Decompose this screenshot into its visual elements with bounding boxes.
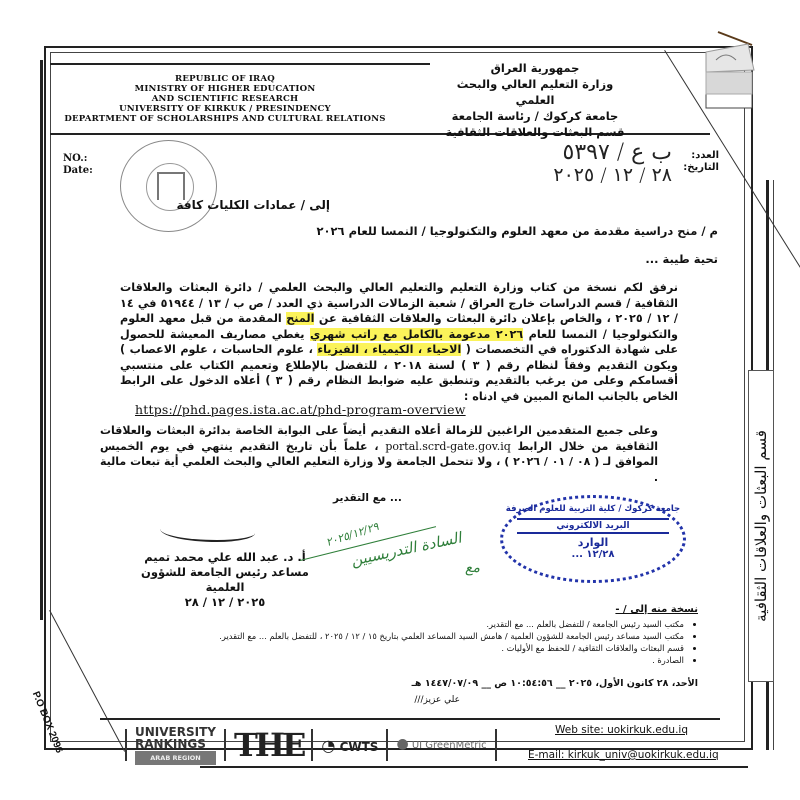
- greenmetric-logo: ● UI GreenMetric: [396, 739, 486, 751]
- cwts-label: CWTS: [340, 740, 379, 754]
- letterhead-line: REPUBLIC OF IRAQ: [60, 74, 390, 84]
- signature-block: أ. د. عبد الله علي محمد تميم مساعد رئيس …: [130, 550, 320, 610]
- program-link[interactable]: https://phd.pages.ista.ac.at/phd-program…: [135, 402, 466, 417]
- number-label: NO.:: [63, 153, 93, 165]
- letter-body-second: وعلى جميع المتقدمين الراغبين للزمالة أعل…: [100, 423, 658, 485]
- qs-line1: UNIVERSITY: [135, 726, 216, 738]
- footer-website[interactable]: Web site: uokirkuk.edu.iq: [555, 724, 688, 736]
- handwritten-initial: مع: [465, 560, 480, 576]
- university-emblem-icon: [700, 10, 760, 110]
- logo-separator: [495, 729, 497, 761]
- copy-to-item: مكتب السيد رئيس الجامعة / للتفضل بالعلم …: [219, 618, 684, 630]
- arabic-letterhead: جمهورية العراق وزارة التعليم العالي والب…: [445, 60, 625, 140]
- side-department-label: قسم البعثات والعلاقات الثقافية: [748, 370, 774, 682]
- logo-separator: [311, 729, 313, 761]
- copy-to-item: الصادرة .: [219, 654, 684, 666]
- issue-timestamp: الأحد، ٢٨ كانون الأول، ٢٠٢٥ __ ١٠:٥٤:٥٦ …: [412, 678, 698, 689]
- highlighted-text: الاحياء ، الكيمياء ، الفيزياء: [317, 343, 461, 356]
- signature-date: ٢٠٢٥ / ١٢ / ٢٨: [130, 595, 320, 610]
- letterhead-line: MINISTRY OF HIGHER EDUCATION: [60, 84, 390, 94]
- qs-region: ARAB REGION: [135, 751, 216, 765]
- reference-labels-en: NO.: Date:: [63, 153, 93, 177]
- copy-to-item: مكتب السيد مساعد رئيس الجامعة للشؤون الع…: [219, 630, 684, 642]
- reference-number: ب ع / ٥٣٩٧: [563, 140, 673, 165]
- footer-rule-top: [100, 718, 720, 720]
- side-label-text: قسم البعثات والعلاقات الثقافية: [752, 430, 770, 622]
- iraq-emblem-icon: [157, 172, 185, 200]
- regards: ... مع التقدير: [333, 492, 402, 504]
- copy-to-title: نسخة منه إلى / -: [615, 604, 698, 615]
- logo-separator: [386, 729, 388, 761]
- reference-date: ٢٨ / ١٢ / ٢٠٢٥: [553, 164, 672, 186]
- closing-initials: علي عزيز///: [414, 695, 460, 705]
- letterhead-line: AND SCIENTIFIC RESEARCH: [60, 94, 390, 104]
- cwts-ring-icon: ◔: [321, 736, 335, 755]
- subject: م / منح دراسية مقدمة من معهد العلوم والت…: [317, 224, 719, 238]
- cwts-logo: ◔ CWTS: [321, 736, 378, 755]
- letterhead-line: UNIVERSITY OF KIRKUK / PRESINDENCY: [60, 104, 390, 114]
- highlighted-text: ٢٠٢٦ مدعومة بالكامل مع راتب شهري: [310, 328, 523, 341]
- footer-email[interactable]: E-mail: kirkuk_univ@uokirkuk.edu.iq: [528, 749, 719, 761]
- stamp-status: الوارد: [503, 536, 683, 549]
- globe-icon: ●: [396, 736, 408, 752]
- highlighted-text: المنح: [286, 312, 314, 325]
- left-border-bars: [40, 60, 47, 620]
- copy-to-item: قسم البعثات والعلاقات الثقافية / للحفظ م…: [219, 642, 684, 654]
- greeting: تحية طيبة ...: [645, 252, 718, 266]
- signatory-title: مساعد رئيس الجامعة للشؤون العلمية: [130, 565, 320, 595]
- greenmetric-label: UI GreenMetric: [412, 740, 487, 751]
- recipient: إلى / عمادات الكليات كافة: [176, 198, 330, 212]
- date-label-ar: التاريخ:: [683, 162, 719, 174]
- logo-separator: [125, 729, 127, 761]
- stamp-ring-text: جامعة كركوك / كلية التربية للعلوم الصرفة: [503, 504, 683, 514]
- letterhead-line: قسم البعثات والعلاقات الثقافية: [445, 124, 625, 140]
- signatory-name: أ. د. عبد الله علي محمد تميم: [130, 550, 320, 565]
- header-rule-top: [50, 63, 430, 65]
- date-label: Date:: [63, 165, 93, 177]
- letterhead-line: جامعة كركوك / رئاسة الجامعة: [445, 108, 625, 124]
- letter-body: نرفق لكم نسخة من كتاب وزارة التعليم والت…: [120, 280, 678, 404]
- footer-rule-bottom: [200, 766, 748, 768]
- english-letterhead: REPUBLIC OF IRAQ MINISTRY OF HIGHER EDUC…: [60, 74, 390, 124]
- letterhead-line: DEPARTMENT OF SCHOLARSHIPS AND CULTURAL …: [60, 114, 390, 124]
- the-rankings-logo: THE: [234, 730, 303, 760]
- received-stamp: جامعة كركوك / كلية التربية للعلوم الصرفة…: [500, 495, 686, 583]
- number-label-ar: العدد:: [683, 150, 719, 162]
- university-logo: [700, 10, 760, 110]
- portal-link[interactable]: portal.scrd-gate.gov.iq: [385, 440, 510, 453]
- letterhead-line: جمهورية العراق: [445, 60, 625, 76]
- ranking-logos: UNIVERSITY RANKINGS ARAB REGION THE ◔ CW…: [125, 725, 497, 765]
- qs-rankings-logo: UNIVERSITY RANKINGS ARAB REGION: [135, 726, 216, 765]
- stamp-band-text: البريد الالكتروني: [517, 518, 669, 534]
- letterhead-line: وزارة التعليم العالي والبحث العلمي: [445, 76, 625, 108]
- logo-separator: [224, 729, 226, 761]
- copy-to-list: مكتب السيد رئيس الجامعة / للتفضل بالعلم …: [219, 618, 698, 666]
- reference-labels-ar: العدد: التاريخ:: [683, 150, 719, 174]
- stamp-number: ١٢/٢٨ ...: [503, 549, 683, 560]
- qs-line2: RANKINGS: [135, 738, 216, 750]
